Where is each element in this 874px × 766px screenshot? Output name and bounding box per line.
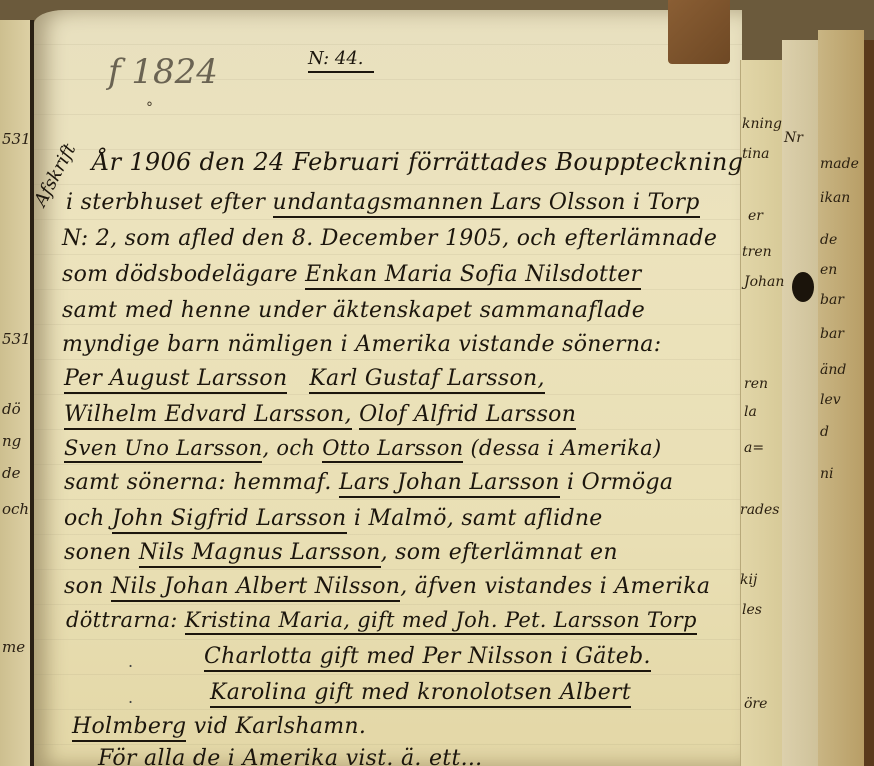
left-page-fragment: dö: [2, 400, 30, 418]
strip-fragment: la: [744, 404, 757, 420]
line-text: [352, 402, 359, 427]
text-line: För alla de i Amerika vist. ä. ett...: [98, 746, 482, 766]
left-page-fragment: me: [2, 638, 30, 656]
underlined-name: Charlotta gift med Per Nilsson i Gäteb.: [204, 644, 651, 672]
text-line: myndige barn nämligen i Amerika vistande…: [62, 332, 661, 357]
line-text: , äfven vistandes i Amerika: [400, 574, 710, 599]
line-text: vid Karlshamn.: [186, 714, 366, 739]
strip-fragment: Johan: [744, 274, 784, 290]
strip-fragment: ren: [744, 376, 768, 392]
far-strip-fragment: ni: [820, 466, 834, 482]
line-text: som dödsbodelägare: [62, 262, 305, 287]
underlined-name: undantagsmannen Lars Olsson i Torp: [273, 190, 700, 218]
underlined-name: Lars Johan Larsson: [339, 470, 560, 498]
adjacent-page-strip: [782, 40, 818, 766]
text-line: i sterbhuset efter undantagsmannen Lars …: [66, 190, 700, 215]
wooden-page-tab: [668, 0, 730, 64]
line-text: döttrarna:: [66, 608, 185, 632]
underlined-name: Karolina gift med kronolotsen Albert: [210, 680, 631, 708]
strip-fragment: les: [742, 602, 762, 618]
text-line: N: 2, som afled den 8. December 1905, oc…: [62, 226, 717, 251]
strip-fragment: kij: [740, 572, 757, 588]
left-page-fragment: 531: [2, 330, 30, 348]
text-line: och John Sigfrid Larsson i Malmö, samt a…: [64, 506, 603, 531]
text-line: Per August Larsson Karl Gustaf Larsson,: [64, 366, 545, 391]
line-text: samt sönerna: hemmaf.: [64, 470, 339, 495]
line-text: sonen: [64, 540, 139, 565]
pencil-mark: °: [146, 100, 153, 116]
line-text: myndige barn nämligen i Amerika vistande…: [62, 332, 661, 357]
text-line: Sven Uno Larsson, och Otto Larsson (dess…: [64, 436, 661, 460]
far-strip-fragment: made: [820, 156, 859, 172]
line-text: i Ormöga: [560, 470, 674, 495]
line-text: (dessa i Amerika): [463, 436, 661, 460]
line-text: För alla de i Amerika vist. ä. ett...: [98, 746, 482, 766]
underlined-name: John Sigfrid Larsson: [112, 506, 347, 534]
text-line: samt med henne under äktenskapet sammana…: [62, 298, 645, 323]
underlined-name: Enkan Maria Sofia Nilsdotter: [305, 262, 641, 290]
far-strip-fragment: bar: [820, 326, 844, 342]
underlined-name: Olof Alfrid Larsson: [359, 402, 576, 430]
line-text: År 1906 den 24 Februari förrättades Boup…: [92, 148, 743, 176]
text-line: son Nils Johan Albert Nilsson, äfven vis…: [64, 574, 710, 599]
ink-blot: [792, 272, 814, 302]
far-strip-fragment: lev: [820, 392, 841, 408]
text-line: Wilhelm Edvard Larsson, Olof Alfrid Lars…: [64, 402, 576, 427]
far-strip-fragment: ikan: [820, 190, 850, 206]
left-page-fragment: och: [2, 500, 30, 518]
underlined-name: Otto Larsson: [322, 436, 463, 463]
far-strip-fragment: d: [820, 424, 829, 440]
underlined-name: Nils Johan Albert Nilsson: [111, 574, 400, 602]
strip-fragment: rades: [740, 502, 779, 518]
far-strip-fragment: bar: [820, 292, 844, 308]
strip-fragment: öre: [744, 696, 767, 712]
line-text: i sterbhuset efter: [66, 190, 273, 215]
text-line: sonen Nils Magnus Larsson, som efterlämn…: [64, 540, 618, 565]
ditto-mark: .: [128, 652, 133, 671]
far-strip-fragment: änd: [820, 362, 846, 378]
text-line: Karolina gift med kronolotsen Albert: [210, 680, 631, 705]
strip-fragment: kning: [742, 116, 782, 132]
underlined-name: Karl Gustaf Larsson,: [309, 366, 544, 394]
entry-number: N: 44.: [308, 48, 374, 73]
text-line: samt sönerna: hemmaf. Lars Johan Larsson…: [64, 470, 673, 495]
left-page-edge: 531 531 dö ng de och me: [0, 20, 34, 766]
underlined-name: Holmberg: [72, 714, 186, 742]
underlined-name: Sven Uno Larsson: [64, 436, 262, 463]
text-line: Charlotta gift med Per Nilsson i Gäteb.: [204, 644, 651, 669]
line-text: son: [64, 574, 111, 599]
text-line: Holmberg vid Karlshamn.: [72, 714, 366, 739]
underlined-name: Wilhelm Edvard Larsson,: [64, 402, 352, 430]
underlined-name: Kristina Maria, gift med Joh. Pet. Larss…: [185, 608, 697, 635]
book-cover-edge: [864, 40, 874, 766]
underlined-name: Per August Larsson: [64, 366, 287, 394]
line-text: samt med henne under äktenskapet sammana…: [62, 298, 645, 323]
text-line: döttrarna: Kristina Maria, gift med Joh.…: [66, 608, 697, 632]
line-text: [287, 366, 309, 391]
ditto-mark: .: [128, 688, 133, 707]
text-line: som dödsbodelägare Enkan Maria Sofia Nil…: [62, 262, 641, 287]
underlined-name: Nils Magnus Larsson: [139, 540, 381, 568]
left-page-fragment: de: [2, 464, 30, 482]
strip-fragment: Nr: [784, 130, 803, 146]
line-text: N: 2, som afled den 8. December 1905, oc…: [62, 226, 717, 251]
strip-fragment: er: [748, 208, 763, 224]
strip-fragment: tren: [742, 244, 772, 260]
far-strip-fragment: en: [820, 262, 837, 278]
left-page-fragment: ng: [2, 432, 30, 450]
pencil-annotation: f 1824: [108, 52, 218, 92]
strip-fragment: a=: [744, 440, 764, 456]
text-line: År 1906 den 24 Februari förrättades Boup…: [92, 148, 743, 176]
strip-fragment: tina: [742, 146, 769, 162]
line-text: och: [64, 506, 112, 531]
far-strip-fragment: de: [820, 232, 837, 248]
line-text: , och: [262, 436, 322, 460]
left-page-fragment: 531: [2, 130, 30, 148]
line-text: i Malmö, samt aflidne: [347, 506, 603, 531]
line-text: , som efterlämnat en: [381, 540, 618, 565]
